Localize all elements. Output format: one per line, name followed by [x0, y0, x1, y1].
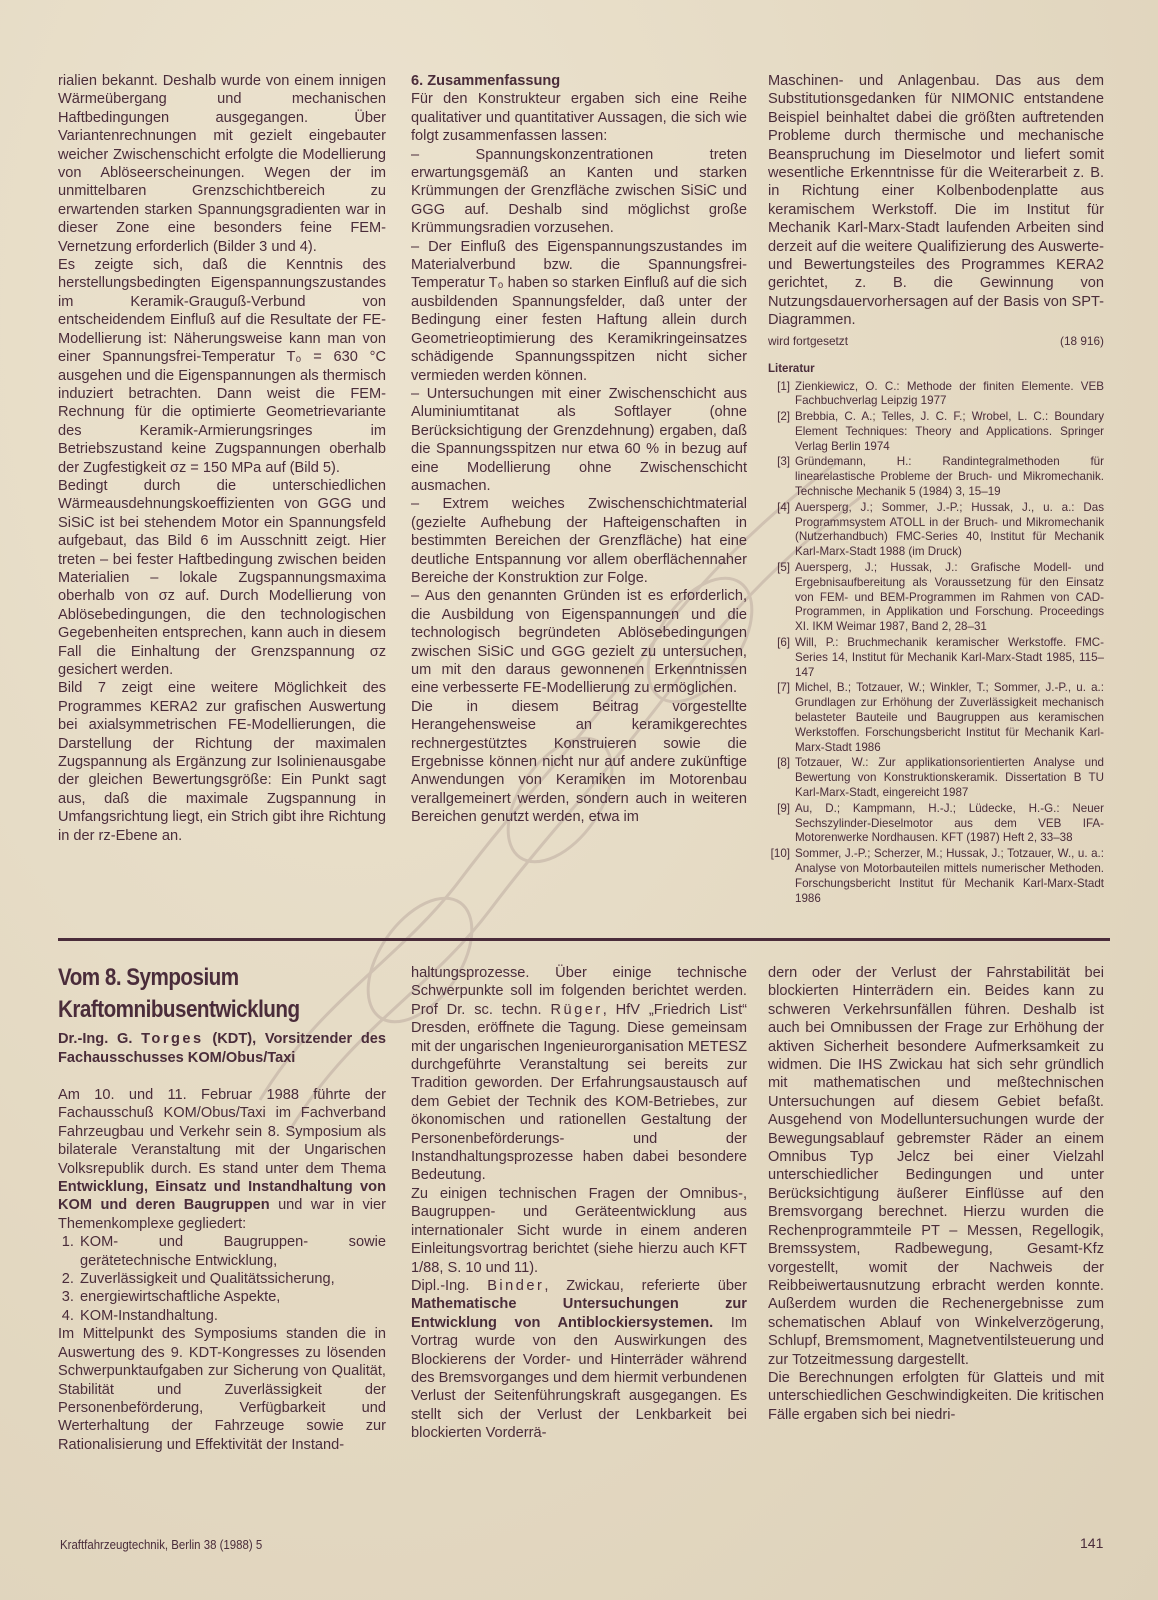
reference-number: [5] — [768, 561, 795, 635]
continued-note: wird fortgesetzt — [768, 332, 848, 350]
reference-item: [1]Zienkiewicz, O. C.: Methode der finit… — [768, 380, 1104, 410]
top-column-2: 6. Zusammenfassung Für den Konstrukteur … — [411, 72, 747, 827]
article2-column-2: haltungsprozesse. Über einige technische… — [411, 964, 747, 1443]
top-column-1: rialien bekannt. Deshalb wurde von einem… — [58, 72, 386, 845]
bullet-item: – Der Einfluß des Eigenspannungszustande… — [411, 238, 747, 385]
page-number: 141 — [1080, 1535, 1103, 1551]
author-prefix: Dr.-Ing. G. — [58, 1031, 141, 1047]
bullet-item: – Aus den genannten Gründen ist es erfor… — [411, 587, 747, 697]
paragraph: Bedingt durch die unterschiedlichen Wärm… — [58, 477, 386, 679]
continuation-row: wird fortgesetzt (18 916) — [768, 332, 1104, 350]
paragraph: Dipl.-Ing. Binder, Zwickau, referierte ü… — [411, 1277, 747, 1443]
reference-text: Zienkiewicz, O. C.: Methode der finiten … — [795, 380, 1104, 410]
section-divider — [58, 938, 1110, 941]
article-title-line-2: Kraftomnibusentwicklung — [58, 994, 340, 1026]
paragraph: Am 10. und 11. Februar 1988 führte der F… — [58, 1086, 386, 1233]
bullet-item: – Spannungskonzentrationen treten erwart… — [411, 146, 747, 238]
section-heading: 6. Zusammenfassung — [411, 72, 747, 90]
article-code: (18 916) — [1060, 332, 1104, 350]
article-title-line-1: Vom 8. Symposium — [58, 962, 340, 994]
person-name: Binder — [487, 1278, 544, 1294]
reference-number: [8] — [768, 756, 795, 800]
emphasis-text: Mathematische Untersuchungen zur Entwick… — [411, 1296, 747, 1330]
topic-list: KOM- und Baugruppen- sowie gerätetechnis… — [58, 1233, 386, 1325]
reference-item: [3]Gründemann, H.: Randintegralmethoden … — [768, 455, 1104, 499]
paragraph: Bild 7 zeigt eine weitere Möglichkeit de… — [58, 679, 386, 845]
paragraph: Es zeigte sich, daß die Kenntnis des her… — [58, 256, 386, 477]
article2-column-3: dern oder der Verlust der Fahrstabilität… — [768, 964, 1104, 1424]
topic-item: KOM-Instandhaltung. — [78, 1307, 386, 1325]
text-run: , Zwickau, referierte über — [544, 1278, 747, 1294]
reference-text: Michel, B.; Totzauer, W.; Winkler, T.; S… — [795, 681, 1104, 755]
literature-heading: Literatur — [768, 360, 1104, 378]
reference-item: [7]Michel, B.; Totzauer, W.; Winkler, T.… — [768, 681, 1104, 755]
paragraph: Für den Konstrukteur ergaben sich eine R… — [411, 90, 747, 145]
paragraph: dern oder der Verlust der Fahrstabilität… — [768, 964, 1104, 1369]
reference-text: Will, P.: Bruchmechanik keramischer Werk… — [795, 636, 1104, 680]
text-run: Dipl.-Ing. — [411, 1278, 487, 1294]
reference-item: [2]Brebbia, C. A.; Telles, J. C. F.; Wro… — [768, 410, 1104, 454]
text-run: Im Vortrag wurde von den Auswirkungen de… — [411, 1315, 747, 1441]
topic-item: KOM- und Baugruppen- sowie gerätetechnis… — [78, 1233, 386, 1270]
reference-list: [1]Zienkiewicz, O. C.: Methode der finit… — [768, 380, 1104, 907]
reference-text: Auersperg, J.; Sommer, J.-P.; Hussak, J.… — [795, 501, 1104, 560]
reference-number: [6] — [768, 636, 795, 680]
reference-number: [4] — [768, 501, 795, 560]
journal-citation: Kraftfahrzeugtechnik, Berlin 38 (1988) 5 — [60, 1537, 262, 1552]
paragraph: Im Mittelpunkt des Symposiums standen di… — [58, 1325, 386, 1454]
top-column-3: Maschinen- und Anlagenbau. Das aus dem S… — [768, 72, 1104, 906]
text-run: , HfV „Friedrich List“ Dresden, eröffnet… — [411, 1002, 747, 1184]
reference-item: [5]Auersperg, J.; Hussak, J.: Grafische … — [768, 561, 1104, 635]
paragraph: Maschinen- und Anlagenbau. Das aus dem S… — [768, 72, 1104, 330]
reference-item: [6]Will, P.: Bruchmechanik keramischer W… — [768, 636, 1104, 680]
topic-item: Zuverlässigkeit und Qualitätssicherung, — [78, 1270, 386, 1288]
reference-text: Totzauer, W.: Zur applikationsorientiert… — [795, 756, 1104, 800]
bullet-item: – Extrem weiches Zwischenschichtmaterial… — [411, 495, 747, 587]
reference-item: [8]Totzauer, W.: Zur applikationsorienti… — [768, 756, 1104, 800]
reference-number: [2] — [768, 410, 795, 454]
paragraph: Die Berechnungen erfolgten für Glatteis … — [768, 1369, 1104, 1424]
paragraph: haltungsprozesse. Über einige technische… — [411, 964, 747, 1185]
author-name: Torges — [141, 1031, 204, 1047]
reference-number: [10] — [768, 847, 795, 906]
topic-item: energiewirtschaftliche Aspekte, — [78, 1288, 386, 1306]
reference-number: [7] — [768, 681, 795, 755]
reference-item: [9]Au, D.; Kampmann, H.-J.; Lüdecke, H.-… — [768, 802, 1104, 846]
bullet-item: – Untersuchungen mit einer Zwischenschic… — [411, 385, 747, 495]
reference-item: [10]Sommer, J.-P.; Scherzer, M.; Hussak,… — [768, 847, 1104, 906]
paragraph: Die in diesem Beitrag vorgestellte Heran… — [411, 698, 747, 827]
reference-text: Au, D.; Kampmann, H.-J.; Lüdecke, H.-G.:… — [795, 802, 1104, 846]
reference-item: [4]Auersperg, J.; Sommer, J.-P.; Hussak,… — [768, 501, 1104, 560]
reference-number: [9] — [768, 802, 795, 846]
reference-number: [3] — [768, 455, 795, 499]
paragraph: rialien bekannt. Deshalb wurde von einem… — [58, 72, 386, 256]
reference-number: [1] — [768, 380, 795, 410]
reference-text: Brebbia, C. A.; Telles, J. C. F.; Wrobel… — [795, 410, 1104, 454]
reference-text: Sommer, J.-P.; Scherzer, M.; Hussak, J.;… — [795, 847, 1104, 906]
author-line: Dr.-Ing. G. Torges (KDT), Vorsitzender d… — [58, 1030, 386, 1068]
reference-text: Auersperg, J.; Hussak, J.: Grafische Mod… — [795, 561, 1104, 635]
article2-column-1: Vom 8. Symposium Kraftomnibusentwicklung… — [58, 962, 386, 1454]
person-name: Rüger — [550, 1002, 602, 1018]
reference-text: Gründemann, H.: Randintegralmethoden für… — [795, 455, 1104, 499]
paragraph: Zu einigen technischen Fragen der Omnibu… — [411, 1185, 747, 1277]
text-run: Am 10. und 11. Februar 1988 führte der F… — [58, 1087, 386, 1177]
